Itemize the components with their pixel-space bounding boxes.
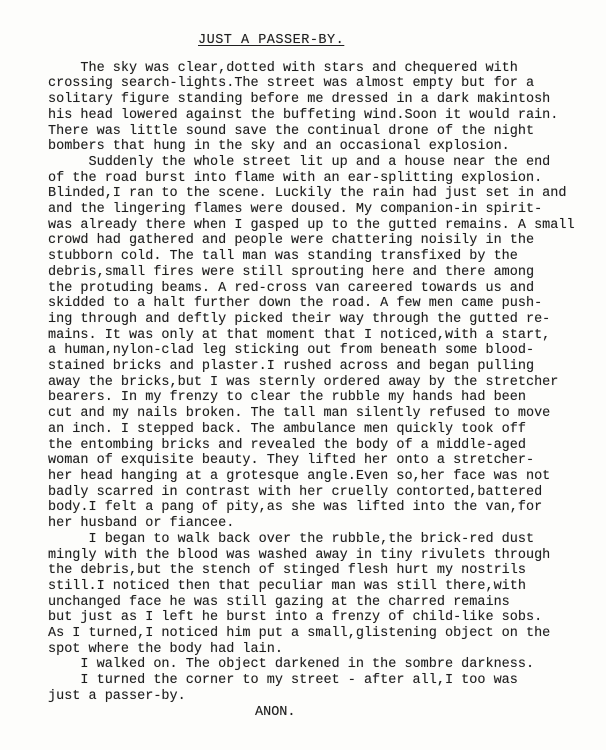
paragraph-3: I began to walk back over the rubble,the…: [48, 532, 578, 658]
story-title: JUST A PASSER-BY.: [198, 33, 344, 49]
paragraph-4: I walked on. The object darkened in the …: [48, 657, 578, 673]
author-signature: ANON.: [255, 705, 578, 721]
paragraph-5: I turned the corner to my street - after…: [48, 673, 578, 704]
paragraph-1: The sky was clear,dotted with stars and …: [48, 61, 578, 155]
typewritten-page: JUST A PASSER-BY. The sky was clear,dott…: [0, 0, 606, 750]
story-body: The sky was clear,dotted with stars and …: [48, 61, 578, 705]
paragraph-2: Suddenly the whole street lit up and a h…: [48, 155, 578, 532]
